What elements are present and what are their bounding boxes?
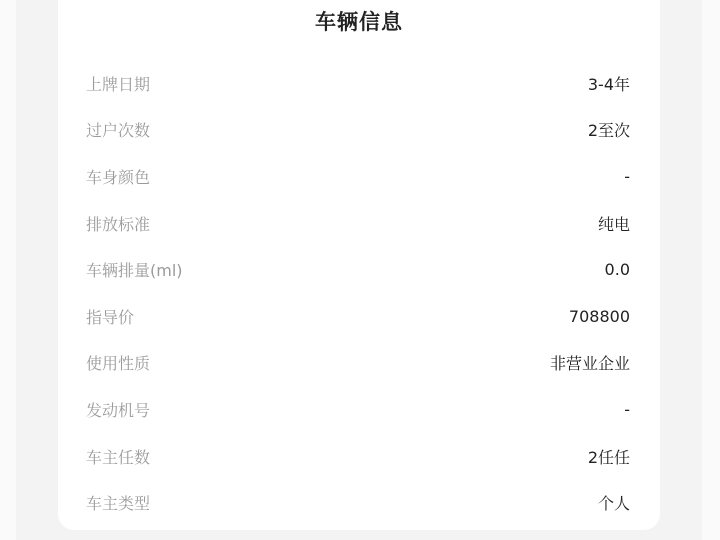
- info-row-owner-count: 车主任数 2任任: [86, 433, 630, 480]
- info-value: 非营业企业: [550, 351, 630, 374]
- info-row-owner-type: 车主类型 个人: [86, 479, 630, 526]
- info-row-registration-date: 上牌日期 3-4年: [86, 60, 630, 107]
- info-row-guide-price: 指导价 708800: [86, 293, 630, 340]
- info-value: 0.0: [605, 260, 630, 279]
- info-label: 发动机号: [86, 398, 150, 421]
- page-edge-left: [0, 0, 16, 540]
- card-title-text: 车辆信息: [315, 10, 403, 34]
- info-label: 排放标准: [86, 212, 150, 235]
- page-edge-right: [702, 0, 720, 540]
- info-value: 2任任: [588, 445, 630, 468]
- info-row-transfer-count: 过户次数 2至次: [86, 107, 630, 154]
- info-label: 车主类型: [86, 491, 150, 514]
- info-value: -: [624, 167, 630, 186]
- info-label: 上牌日期: [86, 72, 150, 95]
- info-row-emission-standard: 排放标准 纯电: [86, 200, 630, 247]
- info-row-body-color: 车身颜色 -: [86, 153, 630, 200]
- info-value: 708800: [569, 307, 630, 326]
- info-value: -: [624, 400, 630, 419]
- info-row-usage-type: 使用性质 非营业企业: [86, 340, 630, 387]
- info-row-displacement: 车辆排量(ml) 0.0: [86, 246, 630, 293]
- info-label: 车辆排量(ml): [86, 258, 183, 281]
- info-label: 车身颜色: [86, 165, 150, 188]
- info-label: 指导价: [86, 305, 134, 328]
- info-list: 上牌日期 3-4年 过户次数 2至次 车身颜色 - 排放标准 纯电 车辆排量(m…: [86, 60, 630, 526]
- vehicle-info-card: 车辆信息 上牌日期 3-4年 过户次数 2至次 车身颜色 - 排放标准 纯电 车…: [58, 0, 660, 530]
- info-label: 使用性质: [86, 351, 150, 374]
- info-label: 过户次数: [86, 118, 150, 141]
- info-value: 纯电: [598, 212, 630, 235]
- card-title: 车辆信息: [315, 6, 403, 36]
- card-header: 车辆信息: [58, 6, 660, 36]
- info-value: 3-4年: [588, 72, 630, 95]
- info-row-engine-number: 发动机号 -: [86, 386, 630, 433]
- info-value: 个人: [598, 491, 630, 514]
- info-value: 2至次: [588, 118, 630, 141]
- info-label: 车主任数: [86, 445, 150, 468]
